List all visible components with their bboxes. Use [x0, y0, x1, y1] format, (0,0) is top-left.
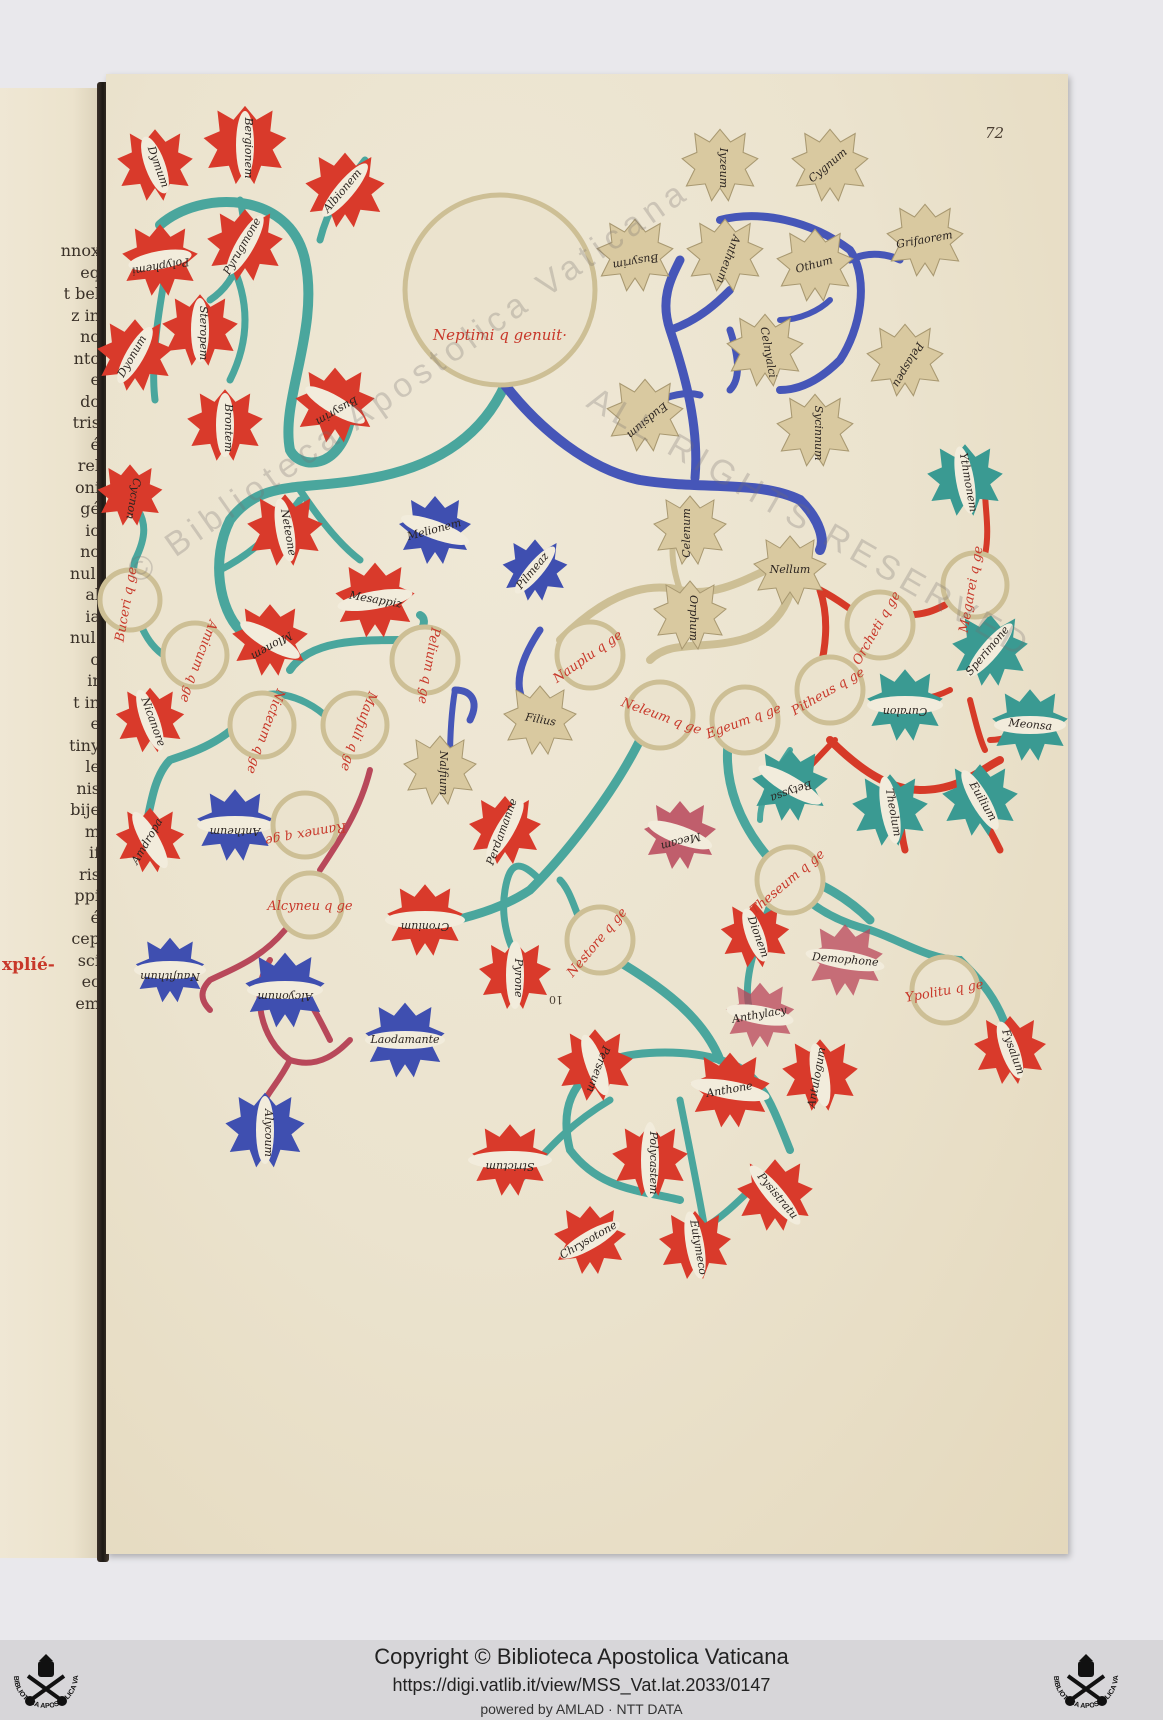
manuscript-url[interactable]: https://digi.vatlib.it/view/MSS_Vat.lat.…: [0, 1675, 1163, 1696]
svg-text:Nalfium: Nalfium: [437, 750, 450, 796]
svg-text:Cronium: Cronium: [401, 920, 449, 933]
svg-text:Bergionem: Bergionem: [242, 116, 255, 178]
svg-text:Celenum: Celenum: [680, 508, 693, 558]
viewer-footer: BIBLIOTECA APOSTOLICA VATICANA Copyright…: [0, 1640, 1163, 1720]
svg-text:BIBLIOTECA APOSTOLICA VATICANA: BIBLIOTECA APOSTOLICA VATICANA: [1046, 1646, 1120, 1710]
svg-text:Orphum: Orphum: [687, 595, 700, 641]
powered-by-text: powered by AMLAD · NTT DATA: [0, 1701, 1163, 1717]
svg-text:Polycastem: Polycastem: [647, 1130, 660, 1194]
svg-text:Strictum: Strictum: [486, 1160, 535, 1173]
svg-text:Alcyneu q ge: Alcyneu q ge: [266, 899, 353, 914]
svg-text:Nellum: Nellum: [769, 563, 811, 576]
name-medallions: [100, 195, 1007, 1023]
svg-text:Iyzeum: Iyzeum: [717, 147, 730, 188]
svg-text:Laodamante: Laodamante: [369, 1033, 440, 1046]
copyright-text: Copyright © Biblioteca Apostolica Vatica…: [0, 1644, 1163, 1670]
papal-keys-emblem-icon: BIBLIOTECA APOSTOLICA VATICANA: [1046, 1646, 1126, 1716]
svg-text:Pyrone: Pyrone: [512, 957, 525, 998]
svg-text:Sycinnum: Sycinnum: [812, 405, 825, 460]
folio-number: 72: [985, 124, 1004, 142]
svg-text:Alcyonum: Alcyonum: [257, 990, 313, 1003]
svg-text:Naufithum: Naufithum: [140, 970, 201, 983]
page-mark: 10: [549, 993, 563, 1006]
svg-text:Antheum: Antheum: [210, 825, 262, 838]
vatican-library-logo-right: BIBLIOTECA APOSTOLICA VATICANA: [1046, 1646, 1126, 1716]
svg-text:Curalon: Curalon: [883, 705, 928, 718]
svg-text:Brontem: Brontem: [222, 403, 235, 452]
svg-text:Alycoum: Alycoum: [262, 1108, 275, 1157]
svg-text:Steropem: Steropem: [197, 306, 210, 360]
